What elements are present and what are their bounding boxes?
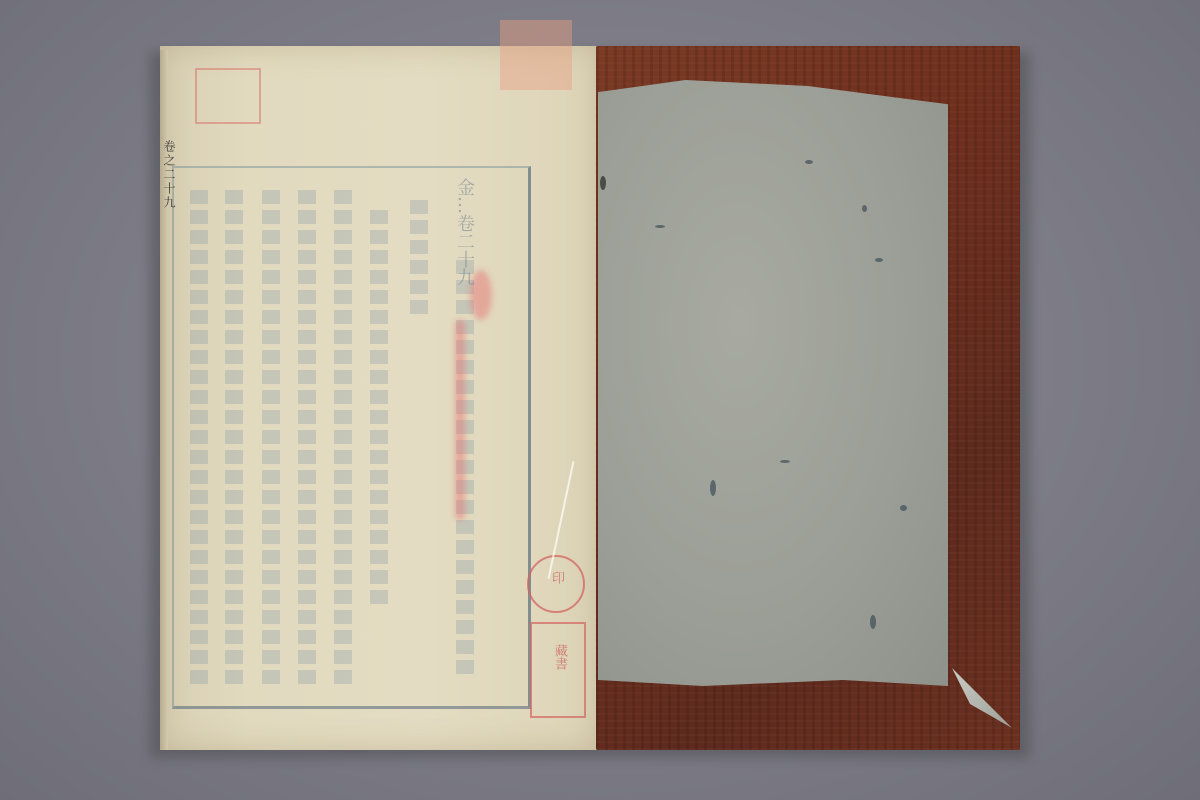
endpaper: [598, 80, 948, 686]
paper-fleck: [655, 225, 665, 228]
volume-title: 金…卷二十九: [452, 178, 476, 286]
paper-fleck: [870, 615, 876, 629]
rect-seal: 藏書: [530, 622, 586, 718]
red-annotation: [455, 320, 465, 520]
text-column: [298, 190, 316, 690]
faint-seal-top-left: [195, 68, 261, 124]
paper-fleck: [805, 160, 813, 164]
text-column: [225, 190, 243, 690]
faint-seal-top: [500, 20, 572, 90]
text-column: [410, 200, 428, 320]
paper-fleck: [780, 460, 790, 463]
text-column: [334, 190, 352, 690]
text-column: [190, 190, 208, 690]
text-column: [370, 210, 388, 610]
rect-seal-text: 藏書: [550, 644, 569, 670]
paper-fleck: [600, 176, 606, 190]
round-seal: 印: [527, 555, 585, 613]
text-column: [262, 190, 280, 690]
paper-fleck: [900, 505, 907, 511]
margin-label: 卷之二十九: [162, 140, 176, 210]
paper-fleck: [875, 258, 883, 262]
paper-fleck: [862, 205, 867, 212]
paper-fleck: [710, 480, 716, 496]
